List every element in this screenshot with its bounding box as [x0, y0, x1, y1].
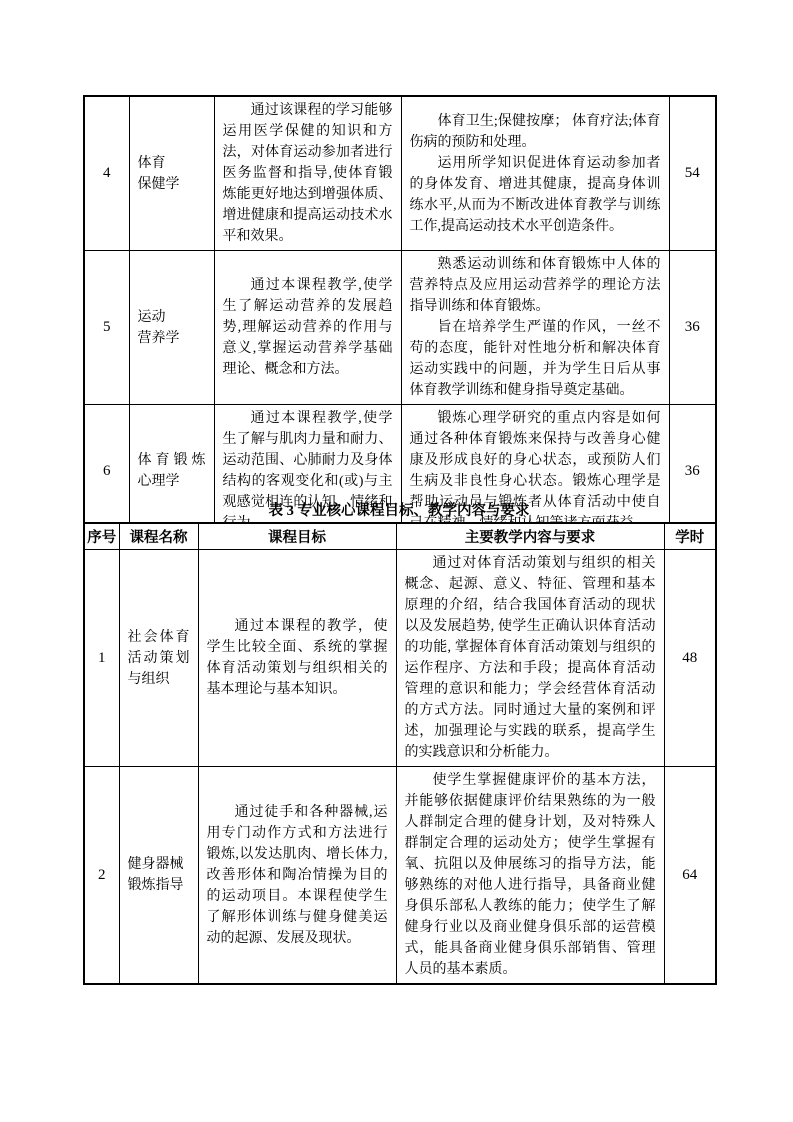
- header-course-name: 课程名称: [119, 523, 198, 550]
- course-objective-cell: 通过本课程的教学，使学生比较全面、系统的掌握体育活动策划与组织相关的基本理论与基…: [198, 550, 396, 767]
- hours-cell: 48: [664, 550, 716, 767]
- table-row: 4 体育 保健学 通过该课程的学习能够运用医学保健的知识和方法，对体育运动参加者…: [84, 96, 716, 251]
- objective-paragraph: 通过徒手和各种器械,运用专门动作方式和方法进行锻炼,以发达肌肉、增长体力,改善形…: [207, 802, 388, 949]
- content-paragraph: 通过对体育活动策划与组织的相关概念、起源、意义、特征、管理和基本原理的介绍，结合…: [405, 553, 656, 763]
- header-hours: 学时: [664, 523, 716, 550]
- hours-cell: 36: [669, 251, 716, 405]
- continued-course-table: 4 体育 保健学 通过该课程的学习能够运用医学保健的知识和方法，对体育运动参加者…: [83, 95, 717, 566]
- objective-paragraph: 通过该课程的学习能够运用医学保健的知识和方法，对体育运动参加者进行医务监督和指导…: [223, 100, 393, 247]
- content-paragraph: 使学生掌握健康评价的基本方法，并能够依据健康评价结果熟练的为一般人群制定合理的健…: [405, 770, 656, 980]
- course-name-cell: 运动 营养学: [129, 251, 214, 405]
- content-paragraph: 运用所学知识促进体育运动参加者的身体发育、增进其健康，提高身体训练水平,从而为不…: [410, 153, 661, 237]
- table-row: 1 社会体育活动策划与组织 通过本课程的教学，使学生比较全面、系统的掌握体育活动…: [84, 550, 716, 767]
- core-course-table: 序号 课程名称 课程目标 主要教学内容与要求 学时 1 社会体育活动策划与组织 …: [83, 522, 717, 985]
- header-teaching-content: 主要教学内容与要求: [396, 523, 664, 550]
- teaching-content-cell: 体育卫生;保健按摩； 体育疗法;体育伤病的预防和处理。 运用所学知识促进体育运动…: [401, 96, 669, 251]
- teaching-content-cell: 使学生掌握健康评价的基本方法，并能够依据健康评价结果熟练的为一般人群制定合理的健…: [396, 767, 664, 985]
- content-paragraph: 体育卫生;保健按摩； 体育疗法;体育伤病的预防和处理。: [410, 111, 661, 153]
- teaching-content-cell: 通过对体育活动策划与组织的相关概念、起源、意义、特征、管理和基本原理的介绍，结合…: [396, 550, 664, 767]
- course-name-cell: 体育 保健学: [129, 96, 214, 251]
- course-objective-cell: 通过本课程教学,使学生了解运动营养的发展趋势,理解运动营养的作用与意义,掌握运动…: [214, 251, 401, 405]
- row-number-cell: 2: [84, 767, 119, 985]
- row-number-cell: 5: [84, 251, 129, 405]
- course-name-cell: 社会体育活动策划与组织: [119, 550, 198, 767]
- course-name-cell: 健身器械 锻炼指导: [119, 767, 198, 985]
- header-no: 序号: [84, 523, 119, 550]
- content-paragraph: 旨在培养学生严谨的作风，一丝不苟的态度，能针对性地分析和解决体育运动实践中的问题…: [410, 317, 661, 401]
- table-caption: 表 3 专业核心课程目标、教学内容与要求: [83, 500, 715, 522]
- course-objective-cell: 通过徒手和各种器械,运用专门动作方式和方法进行锻炼,以发达肌肉、增长体力,改善形…: [198, 767, 396, 985]
- row-number-cell: 4: [84, 96, 129, 251]
- hours-cell: 64: [664, 767, 716, 985]
- hours-cell: 54: [669, 96, 716, 251]
- objective-paragraph: 通过本课程教学,使学生了解运动营养的发展趋势,理解运动营养的作用与意义,掌握运动…: [223, 275, 393, 380]
- table-row: 2 健身器械 锻炼指导 通过徒手和各种器械,运用专门动作方式和方法进行锻炼,以发…: [84, 767, 716, 985]
- document-page: 4 体育 保健学 通过该课程的学习能够运用医学保健的知识和方法，对体育运动参加者…: [0, 0, 793, 1122]
- header-row: 序号 课程名称 课程目标 主要教学内容与要求 学时: [84, 523, 716, 550]
- course-objective-cell: 通过该课程的学习能够运用医学保健的知识和方法，对体育运动参加者进行医务监督和指导…: [214, 96, 401, 251]
- row-number-cell: 1: [84, 550, 119, 767]
- table-row: 5 运动 营养学 通过本课程教学,使学生了解运动营养的发展趋势,理解运动营养的作…: [84, 251, 716, 405]
- header-course-objective: 课程目标: [198, 523, 396, 550]
- content-paragraph: 熟悉运动训练和体育锻炼中人体的营养特点及应用运动营养学的理论方法指导训练和体育锻…: [410, 254, 661, 317]
- teaching-content-cell: 熟悉运动训练和体育锻炼中人体的营养特点及应用运动营养学的理论方法指导训练和体育锻…: [401, 251, 669, 405]
- objective-paragraph: 通过本课程的教学，使学生比较全面、系统的掌握体育活动策划与组织相关的基本理论与基…: [207, 616, 388, 700]
